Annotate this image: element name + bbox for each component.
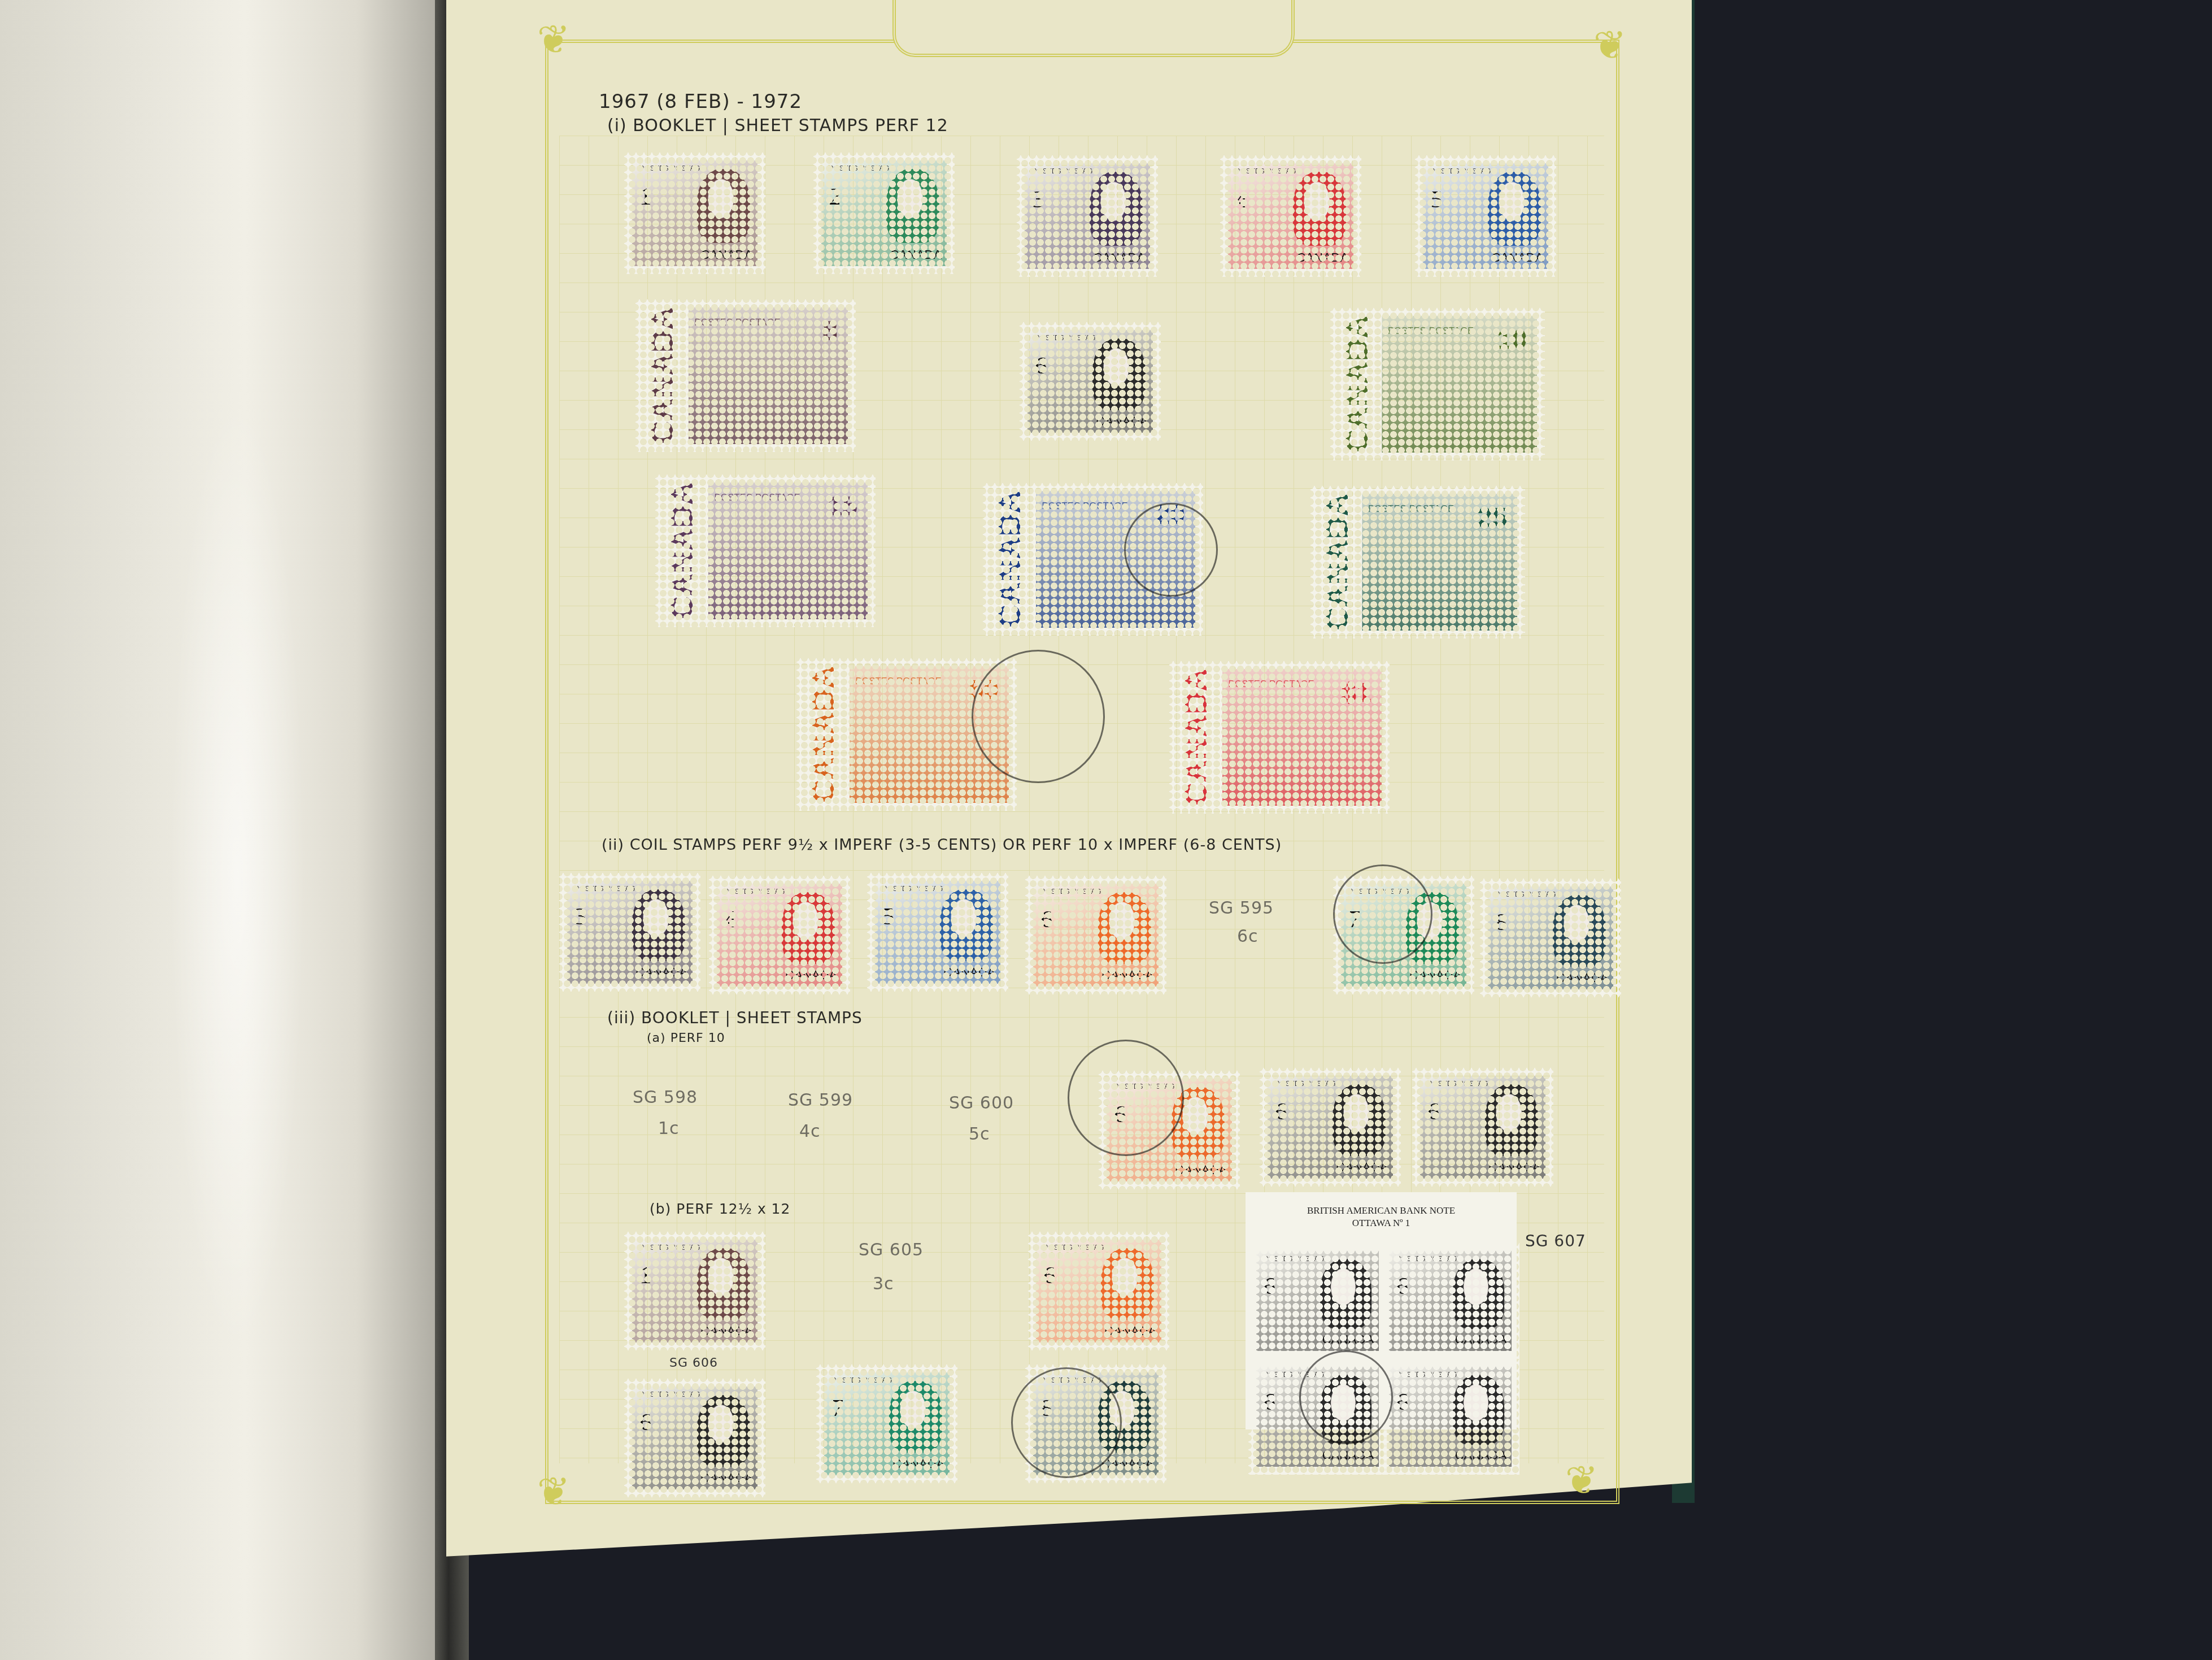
stamp-design: POSTES POSTAGE1CANADA	[632, 160, 757, 266]
section-heading-i: (i) BOOKLET | SHEET STAMPS PERF 12	[607, 116, 948, 136]
stamp-design: POSTES POSTAGE6CANADA	[1389, 1367, 1512, 1467]
stamp-denomination: 10	[1497, 324, 1527, 355]
queen-portrait-icon	[1488, 172, 1540, 246]
stamp-denomination: 3	[1032, 186, 1044, 214]
stamp-postage-text: POSTES POSTAGE	[639, 1390, 705, 1398]
stamp-coils-6: POSTES POSTAGE8CANADA	[1480, 879, 1621, 997]
stamp-postage-text: POSTES POSTAGE	[1427, 1080, 1493, 1088]
stamp-perf12x12-3: POSTES POSTAGE6CANADA	[624, 1379, 765, 1497]
stamp-postage-text: POSTES POSTAGE	[1368, 505, 1455, 515]
stamp-design: POSTES POSTAGE25CANADA	[1318, 494, 1517, 631]
queen-portrait-icon	[1098, 892, 1151, 964]
stamp-country: CANADA	[1318, 494, 1362, 631]
stamp-design: POSTES POSTAGE10CANADA	[1338, 316, 1537, 453]
stamp-row2-2: POSTES POSTAGE6CANADA	[1020, 322, 1161, 441]
stamp-country: CANADA	[643, 307, 689, 444]
stamp-denomination: 6	[1264, 1273, 1275, 1300]
stamp-design: POSTES POSTAGE4CANADA	[717, 884, 842, 987]
postmark-cancel-icon	[1299, 1350, 1393, 1444]
corner-ornament-icon: ❦	[537, 1475, 571, 1509]
stamp-postage-text: POSTES POSTAGE	[1042, 502, 1129, 512]
pencil-note-sg599-value: 4c	[799, 1122, 821, 1141]
stamp-postage-text: POSTES POSTAGE	[882, 885, 948, 893]
pencil-note-sg595-value: 6c	[1237, 927, 1259, 946]
queen-portrait-icon	[1320, 1259, 1371, 1329]
stamp-denomination: 1	[639, 184, 651, 211]
stamp-country: CANADA	[1455, 1332, 1507, 1347]
stamp-denomination: 2	[829, 184, 841, 211]
stamp-country: CANADA	[1093, 250, 1145, 265]
queen-portrait-icon	[1453, 1259, 1504, 1329]
stamp-postage-text: POSTES POSTAGE	[1396, 1255, 1462, 1263]
stamp-design: POSTES POSTAGE7CANADA	[824, 1372, 950, 1475]
stamp-row2-3: POSTES POSTAGE10CANADA	[1330, 308, 1545, 460]
stamp-design: POSTES POSTAGE6CANADA	[1389, 1251, 1512, 1351]
stamp-postage-text: POSTES POSTAGE	[1388, 327, 1474, 337]
queen-portrait-icon	[1453, 1375, 1504, 1445]
stamp-denomination: 6	[1035, 353, 1047, 380]
stamp-denomination: 6	[1396, 1389, 1408, 1416]
stamp-design: POSTES POSTAGE6CANADA	[1027, 330, 1153, 433]
stamp-design: POSTES POSTAGE5CANADA	[875, 881, 1000, 984]
stamp-country: CANADA	[1455, 1448, 1507, 1463]
stamp-country: CANADA	[1101, 1457, 1153, 1471]
stamp-denomination: 6	[1396, 1273, 1408, 1300]
stamp-denomination: 7	[831, 1395, 843, 1422]
stamp-country: CANADA	[1322, 1448, 1374, 1463]
stamp-denomination: 3	[574, 903, 586, 931]
postmark-cancel-icon	[1011, 1367, 1122, 1478]
pencil-note-sg599: SG 599	[788, 1090, 853, 1110]
subsection-perf-12-12: (b) PERF 12½ x 12	[650, 1201, 790, 1217]
stamp-denomination: 4	[1235, 186, 1247, 214]
stamp-design: POSTES POSTAGE5CANADA	[1423, 163, 1548, 269]
stamp-row1-2: POSTES POSTAGE2CANADA	[813, 153, 955, 274]
stamp-postage-text: POSTES POSTAGE	[639, 164, 705, 172]
stamp-country: CANADA	[1409, 968, 1461, 983]
stamp-postage-text: POSTES POSTAGE	[639, 1244, 705, 1251]
section-heading-ii: (ii) COIL STAMPS PERF 9½ x IMPERF (3-5 C…	[602, 836, 1282, 854]
stamp-denomination: 4	[724, 906, 736, 933]
corner-ornament-icon: ❦	[1565, 1463, 1599, 1497]
stamp-country: CANADA	[663, 483, 708, 619]
stamp-country: CANADA	[991, 491, 1036, 628]
stamp-row1-4: POSTES POSTAGE4CANADA	[1220, 155, 1361, 277]
stamp-postage-text: POSTES POSTAGE	[1495, 890, 1561, 898]
stamp-denomination: 6	[1264, 1389, 1275, 1416]
stamp-coils-2: POSTES POSTAGE4CANADA	[709, 876, 850, 994]
stamp-country: CANADA	[700, 1324, 752, 1339]
stamp-country: CANADA	[1322, 1332, 1374, 1347]
queen-portrait-icon	[1293, 172, 1346, 246]
stamp-country: CANADA	[1491, 250, 1543, 265]
stamp-row3-3: POSTES POSTAGE25CANADA	[1310, 486, 1525, 638]
stamp-design: POSTES POSTAGE$1CANADA	[1177, 669, 1382, 806]
stamp-postage-text: POSTES POSTAGE	[1032, 167, 1098, 175]
pencil-note-sg606: SG 606	[669, 1356, 718, 1370]
imprint-line-1: BRITISH AMERICAN BANK NOTE	[1246, 1205, 1517, 1217]
pencil-note-sg600-value: 5c	[969, 1124, 990, 1144]
stamp-country: CANADA	[635, 965, 687, 980]
stamp-block-2: POSTES POSTAGE6CANADA	[1381, 1243, 1519, 1359]
stamp-country: CANADA	[892, 1457, 944, 1471]
section-heading-iii: (iii) BOOKLET | SHEET STAMPS	[607, 1009, 863, 1027]
pencil-note-sg600: SG 600	[949, 1093, 1014, 1113]
stamp-design: POSTES POSTAGE6CANADA	[1256, 1251, 1379, 1351]
stamp-design: POSTES POSTAGE6CANADA	[1420, 1076, 1545, 1179]
stamp-perf12x12-1: POSTES POSTAGE1CANADA	[624, 1232, 765, 1350]
stamp-design: POSTES POSTAGE1CANADA	[632, 1240, 757, 1342]
stamp-row2-1: POSTES POSTAGE8CANADA	[635, 299, 856, 452]
queen-portrait-icon	[1485, 1084, 1538, 1156]
pencil-note-sg598-value: 1c	[658, 1119, 680, 1138]
queen-portrait-icon	[697, 1395, 750, 1467]
stamp-denomination: 6	[1275, 1098, 1287, 1126]
pencil-note-sg607: SG 607	[1525, 1232, 1586, 1250]
queen-portrait-icon	[1092, 338, 1145, 410]
stamp-row1-3: POSTES POSTAGE3CANADA	[1017, 155, 1158, 277]
pencil-note-sg595: SG 595	[1209, 898, 1274, 918]
stamp-postage-text: POSTES POSTAGE	[1430, 167, 1496, 175]
postmark-cancel-icon	[1333, 864, 1432, 964]
imprint-line-2: OTTAWA Nº 1	[1246, 1217, 1517, 1229]
stamp-postage-text: POSTES POSTAGE	[1264, 1255, 1329, 1263]
stamp-design: POSTES POSTAGE6CANADA	[1036, 1240, 1161, 1342]
stamp-coils-3: POSTES POSTAGE5CANADA	[867, 873, 1008, 992]
stamp-country: CANADA	[700, 1471, 752, 1485]
stamp-postage-text: POSTES POSTAGE	[1043, 1244, 1109, 1251]
stamp-postage-text: POSTES POSTAGE	[1396, 1371, 1462, 1379]
stamp-perf12x12-2: POSTES POSTAGE6CANADA	[1028, 1232, 1169, 1350]
stamp-coils-1: POSTES POSTAGE3CANADA	[559, 873, 700, 992]
queen-portrait-icon	[1333, 1084, 1385, 1156]
stamp-country: CANADA	[943, 965, 995, 980]
stamp-country: CANADA	[785, 968, 837, 983]
stamp-country: CANADA	[1488, 1160, 1540, 1175]
queen-portrait-icon	[886, 169, 939, 243]
stamp-block-4: POSTES POSTAGE6CANADA	[1381, 1359, 1519, 1475]
stamp-denomination: $1	[1342, 677, 1371, 709]
stamp-denomination: 5	[1430, 186, 1442, 214]
queen-portrait-icon	[940, 889, 992, 961]
stamp-perf10-2: POSTES POSTAGE6CANADA	[1260, 1068, 1401, 1187]
queen-portrait-icon	[632, 889, 685, 961]
queen-portrait-icon	[1090, 172, 1142, 246]
stamp-design: POSTES POSTAGE3CANADA	[567, 881, 693, 984]
stamp-country: CANADA	[1101, 968, 1153, 983]
stamp-postage-text: POSTES POSTAGE	[1275, 1080, 1340, 1088]
stamp-country: CANADA	[1096, 414, 1148, 429]
stamp-perf10-3: POSTES POSTAGE6CANADA	[1412, 1068, 1553, 1187]
left-album-page	[0, 0, 446, 1660]
queen-portrait-icon	[782, 892, 834, 964]
stamp-postage-text: POSTES POSTAGE	[856, 677, 942, 687]
stamp-country: CANADA	[1336, 1160, 1388, 1175]
stamp-design: POSTES POSTAGE6CANADA	[632, 1387, 757, 1489]
stamp-design: POSTES POSTAGE6CANADA	[1033, 884, 1159, 987]
pencil-note-sg605: SG 605	[859, 1240, 924, 1260]
stamp-country: CANADA	[1338, 316, 1382, 453]
stamp-denomination: 8	[822, 316, 838, 347]
stamp-postage-text: POSTES POSTAGE	[695, 318, 781, 328]
stamp-postage-text: POSTES POSTAGE	[1040, 888, 1106, 896]
queen-portrait-icon	[889, 1381, 942, 1453]
stamp-design: POSTES POSTAGE8CANADA	[1488, 887, 1613, 989]
stamp-country: CANADA	[804, 666, 850, 803]
stamp-postage-text: POSTES POSTAGE	[1035, 334, 1100, 342]
postmark-cancel-icon	[1124, 503, 1218, 597]
stamp-block-1: POSTES POSTAGE6CANADA	[1248, 1243, 1387, 1359]
subsection-perf-10: (a) PERF 10	[647, 1031, 725, 1045]
queen-portrait-icon	[1553, 895, 1605, 967]
stamp-country: CANADA	[890, 247, 942, 262]
stamp-row4-2: POSTES POSTAGE$1CANADA	[1169, 661, 1390, 814]
queen-portrait-icon	[697, 1248, 750, 1320]
stamp-design: POSTES POSTAGE4CANADA	[1228, 163, 1353, 269]
stamp-design: POSTES POSTAGE6CANADA	[1268, 1076, 1393, 1179]
pencil-note-sg598: SG 598	[633, 1088, 698, 1107]
stamp-design: POSTES POSTAGE3CANADA	[1025, 163, 1150, 269]
stamp-row1-5: POSTES POSTAGE5CANADA	[1415, 155, 1556, 277]
stamp-coils-4: POSTES POSTAGE6CANADA	[1025, 876, 1166, 994]
stamp-postage-text: POSTES POSTAGE	[1235, 167, 1301, 175]
stamp-row1-1: POSTES POSTAGE1CANADA	[624, 153, 765, 274]
queen-portrait-icon	[1101, 1248, 1153, 1320]
stamp-postage-text: POSTES POSTAGE	[1229, 680, 1315, 690]
stamp-postage-text: POSTES POSTAGE	[715, 493, 801, 503]
postmark-cancel-icon	[1068, 1040, 1184, 1156]
page-heading: 1967 (8 FEB) - 1972	[599, 90, 802, 113]
stamp-postage-text: POSTES POSTAGE	[574, 885, 640, 893]
stamp-country: CANADA	[1556, 971, 1608, 985]
stamp-denomination: 6	[639, 1409, 651, 1436]
stamp-country: CANADA	[700, 247, 752, 262]
stamp-postage-text: POSTES POSTAGE	[829, 164, 894, 172]
corner-ornament-icon: ❦	[537, 23, 571, 57]
stamp-design: POSTES POSTAGE8CANADA	[643, 307, 848, 444]
stamp-denomination: 25	[1477, 502, 1507, 533]
stamp-perf12x12-4: POSTES POSTAGE7CANADA	[816, 1364, 957, 1483]
corner-ornament-icon: ❦	[1593, 28, 1627, 62]
stamp-denomination: 15	[828, 491, 857, 522]
stamp-postage-text: POSTES POSTAGE	[724, 888, 790, 896]
stamp-design: POSTES POSTAGE15CANADA	[663, 483, 868, 619]
queen-portrait-icon	[697, 169, 750, 243]
stamp-denomination: 1	[639, 1262, 651, 1289]
title-cartouche	[892, 0, 1295, 57]
stamp-country: CANADA	[1296, 250, 1348, 265]
stamp-design: POSTES POSTAGE2CANADA	[821, 160, 947, 266]
stamp-country: CANADA	[1104, 1324, 1156, 1339]
stamp-country: CANADA	[1177, 669, 1222, 806]
stamp-denomination: 8	[1495, 909, 1507, 936]
pencil-note-sg605-value: 3c	[873, 1274, 894, 1294]
stamp-denomination: 6	[1040, 906, 1052, 933]
stamp-denomination: 6	[1043, 1262, 1055, 1289]
stamp-postage-text: POSTES POSTAGE	[831, 1376, 897, 1384]
stamp-row3-1: POSTES POSTAGE15CANADA	[655, 475, 876, 627]
stamp-country: CANADA	[1175, 1163, 1227, 1177]
stamp-denomination: 5	[882, 903, 894, 931]
stamp-denomination: 6	[1427, 1098, 1439, 1126]
postmark-cancel-icon	[972, 650, 1105, 783]
